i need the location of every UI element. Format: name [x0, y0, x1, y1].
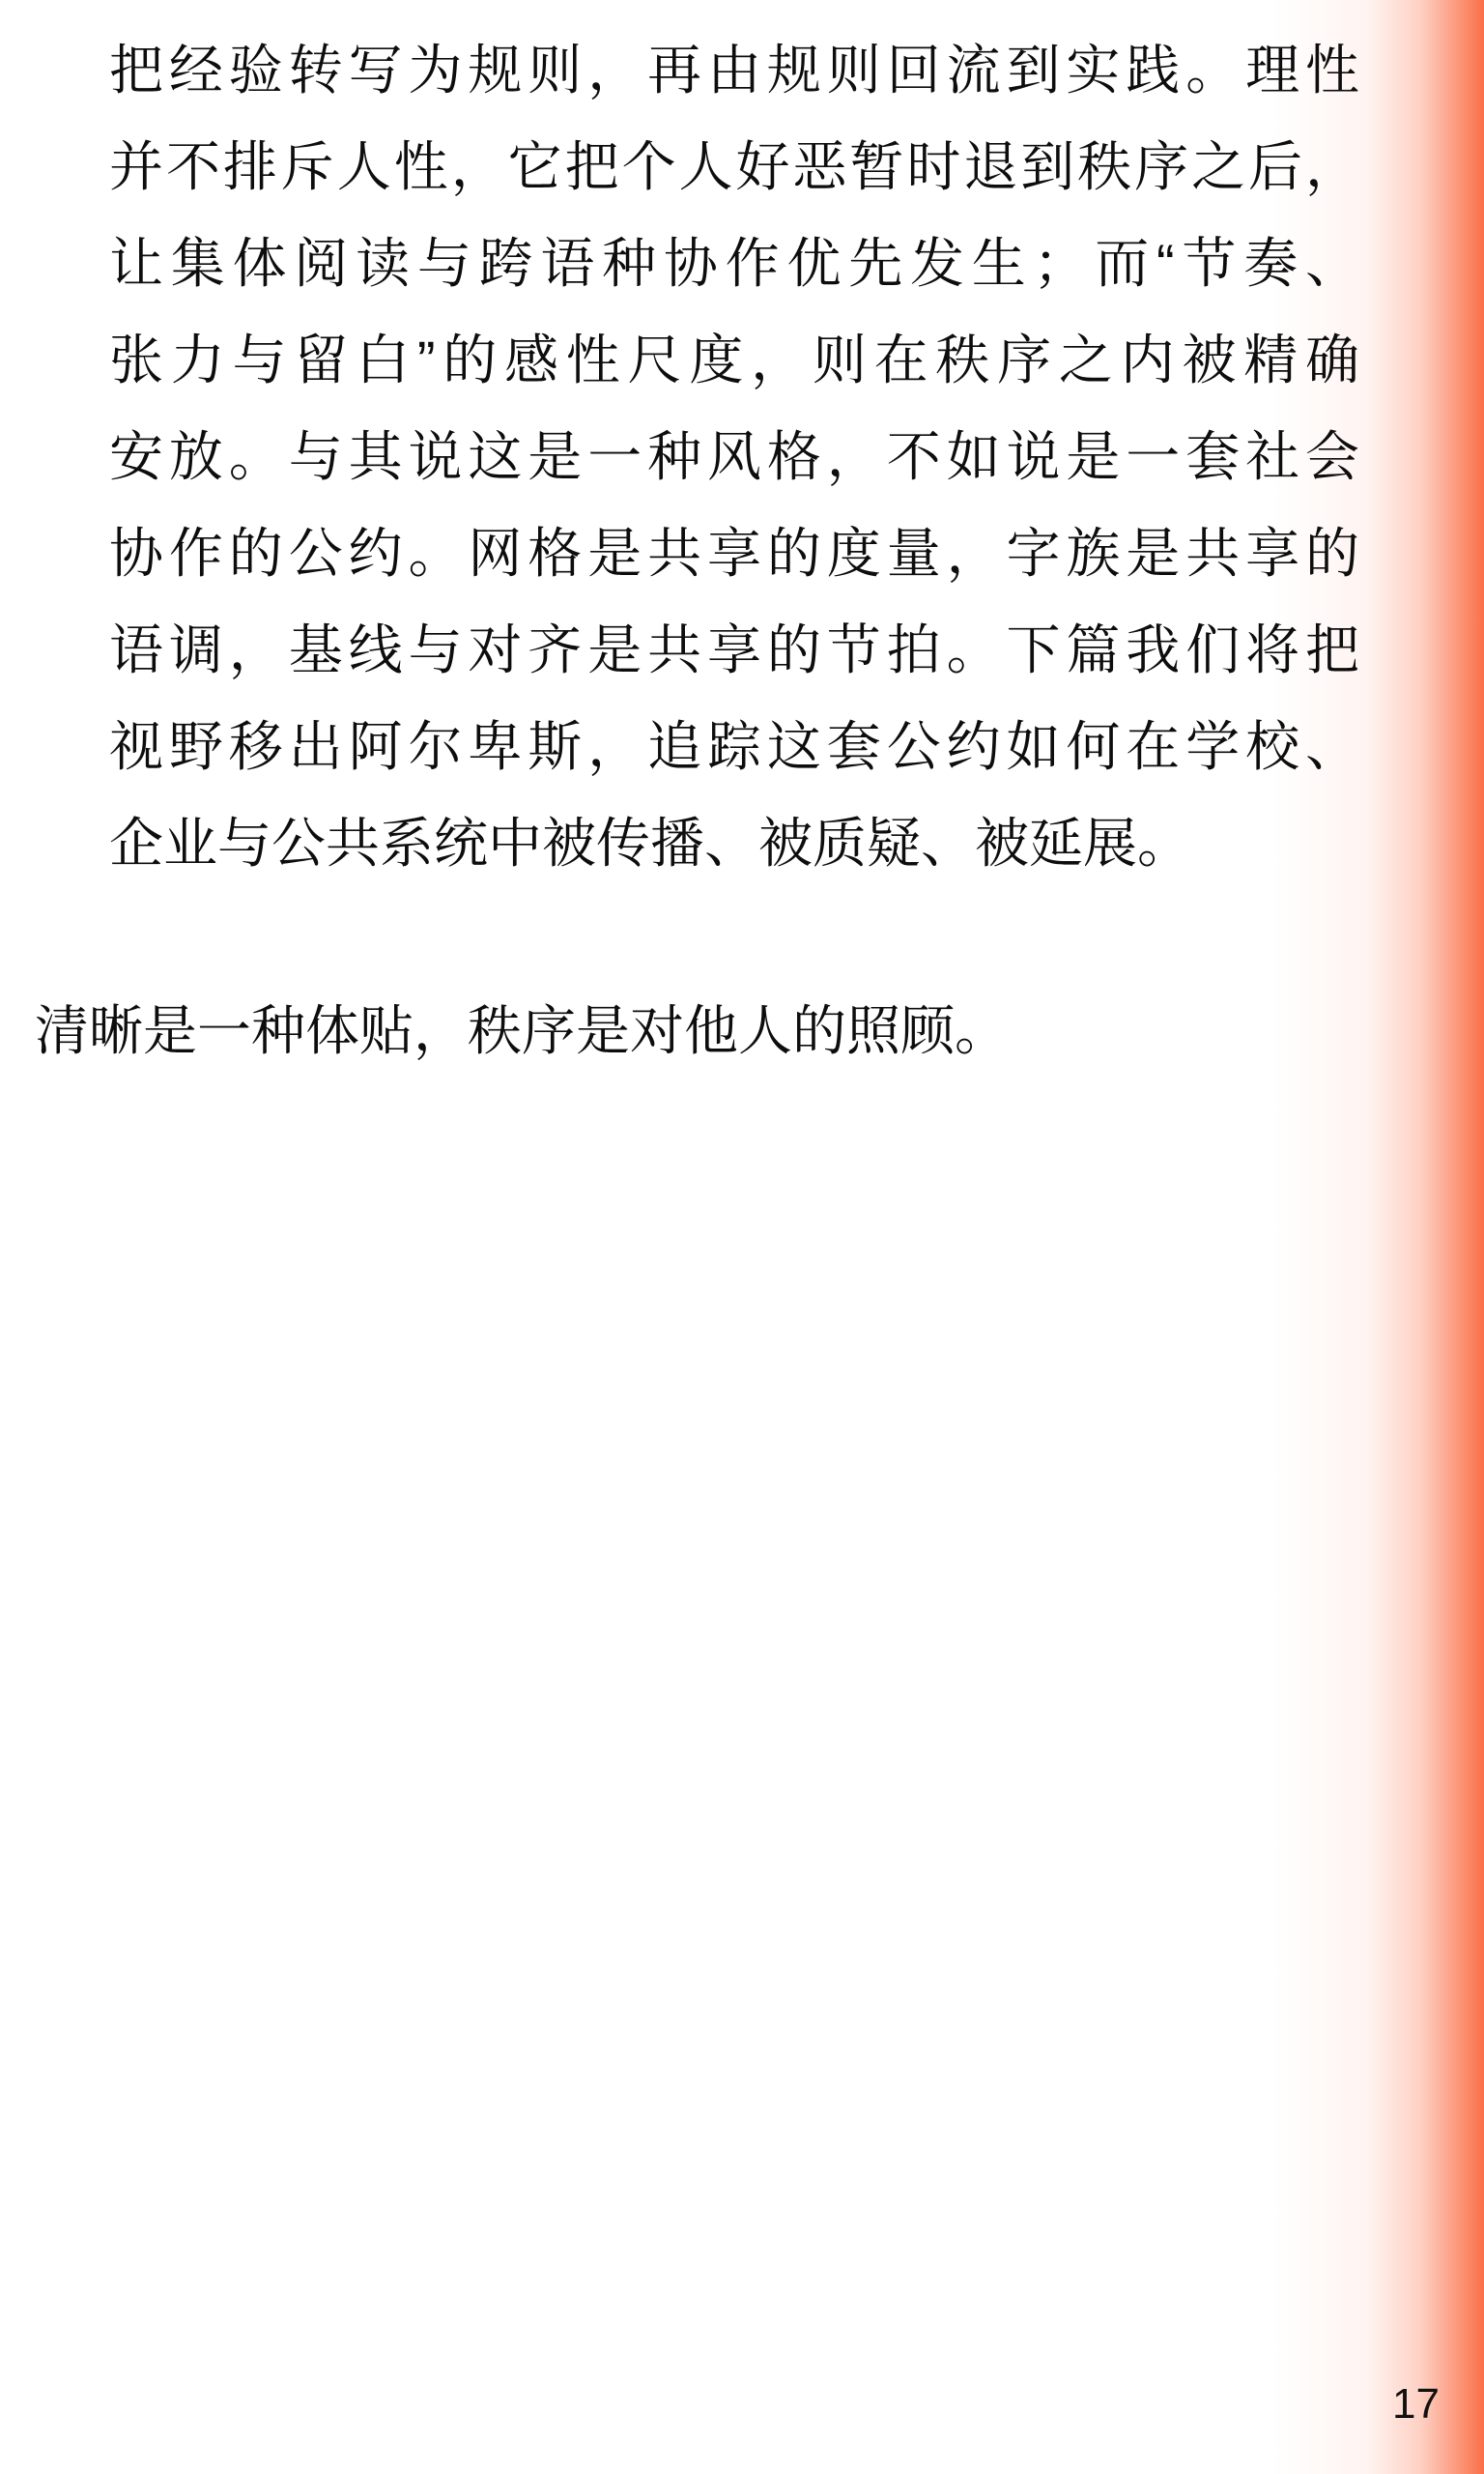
body-paragraph: 把经验转写为规则，再由规则回流到实践。理性并不排斥人性，它把个人好恶暂时退到秩序…: [109, 22, 1359, 892]
paragraph-line: 并不排斥人性，它把个人好恶暂时退到秩序之后，: [109, 119, 1359, 216]
page-number: 17: [1392, 2379, 1440, 2430]
paragraph-line: 协作的公约。网格是共享的度量，字族是共享的: [109, 505, 1359, 602]
paragraph-line: 语调，基线与对齐是共享的节拍。下篇我们将把: [109, 602, 1359, 699]
paragraph-line: 把经验转写为规则，再由规则回流到实践。理性: [109, 22, 1359, 119]
paragraph-line: 企业与公共系统中被传播、被质疑、被延展。: [109, 795, 1359, 892]
closing-line: 清晰是一种体贴，秩序是对他人的照顾。: [35, 983, 1009, 1079]
paragraph-line: 张力与留白”的感性尺度，则在秩序之内被精确: [109, 312, 1359, 409]
book-page: 把经验转写为规则，再由规则回流到实践。理性并不排斥人性，它把个人好恶暂时退到秩序…: [0, 0, 1484, 2474]
paragraph-line: 视野移出阿尔卑斯，追踪这套公约如何在学校、: [109, 699, 1359, 795]
paragraph-line: 安放。与其说这是一种风格，不如说是一套社会: [109, 409, 1359, 505]
paragraph-line: 让集体阅读与跨语种协作优先发生；而“节奏、: [109, 216, 1359, 312]
page-content: 把经验转写为规则，再由规则回流到实践。理性并不排斥人性，它把个人好恶暂时退到秩序…: [0, 0, 1484, 2474]
